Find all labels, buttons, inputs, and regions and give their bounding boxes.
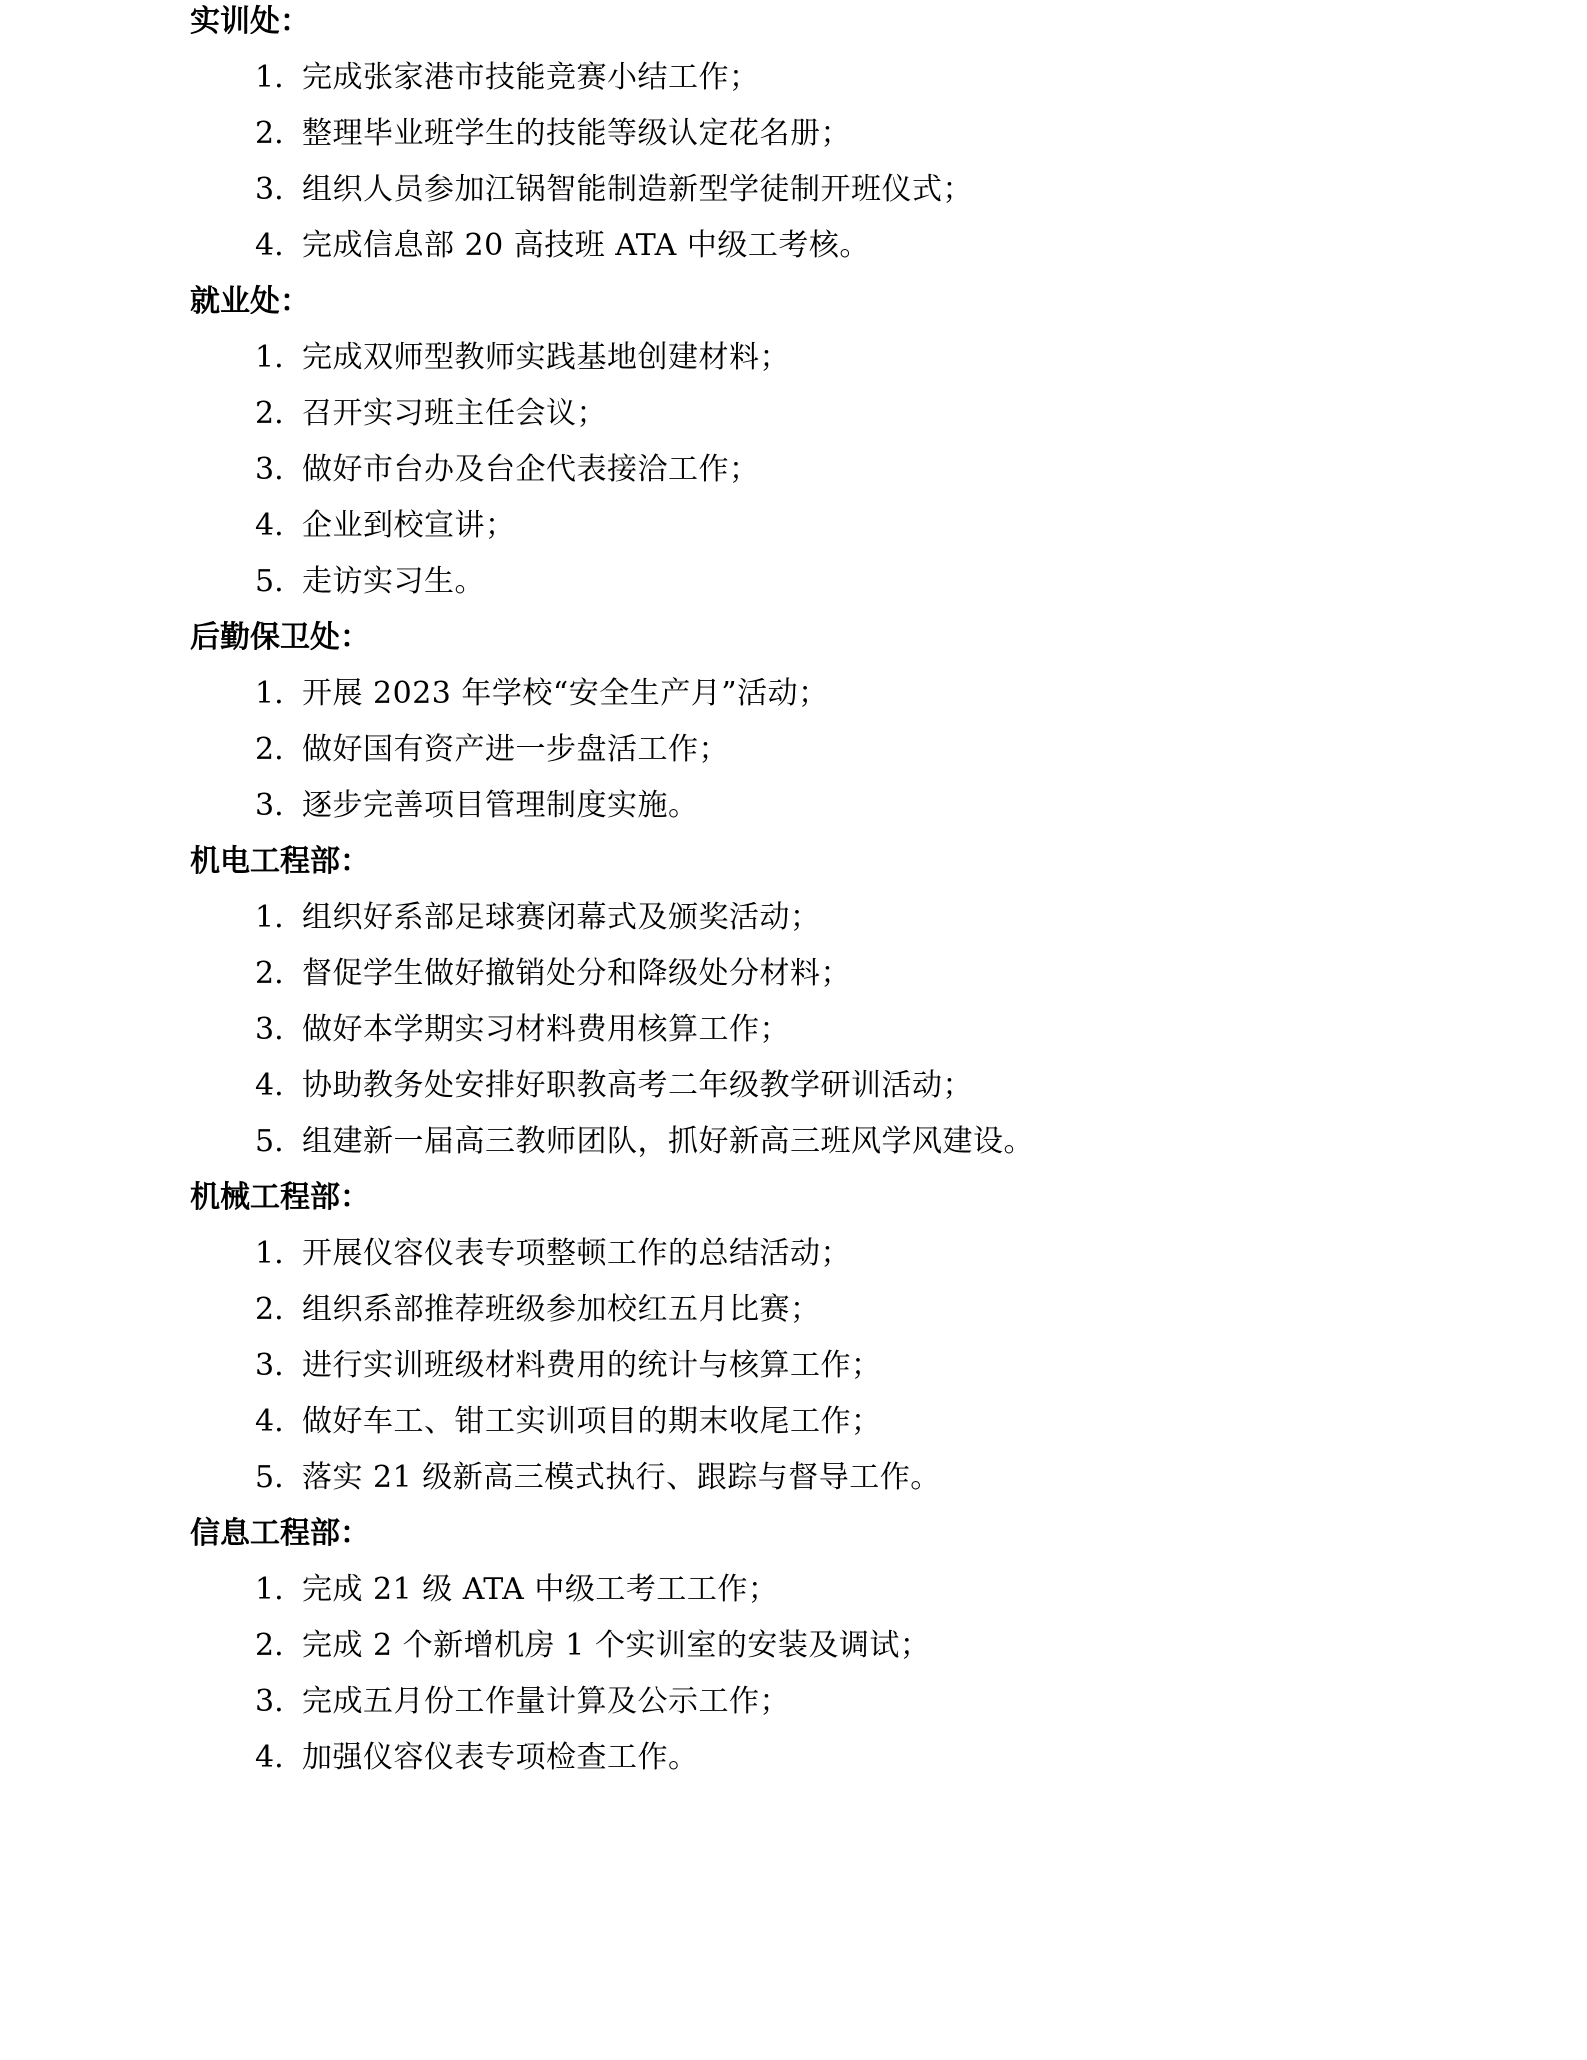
item-number: 2.	[255, 1618, 284, 1674]
list-item: 1. 开展 2023 年学校“安全生产月”活动；	[0, 666, 1587, 722]
item-number: 1.	[255, 666, 284, 722]
item-text: 开展仪容仪表专项整顿工作的总结活动；	[302, 1226, 851, 1282]
task-list: 1. 完成 21 级 ATA 中级工考工工作； 2. 完成 2 个新增机房 1 …	[0, 1562, 1587, 1786]
item-text: 组建新一届高三教师团队，抓好新高三班风学风建设。	[302, 1114, 1034, 1170]
item-number: 5.	[255, 554, 284, 610]
item-text: 完成 2 个新增机房 1 个实训室的安装及调试；	[302, 1618, 930, 1674]
item-text: 完成信息部 20 高技班 ATA 中级工考核。	[302, 218, 870, 274]
list-item: 5. 组建新一届高三教师团队，抓好新高三班风学风建设。	[0, 1114, 1587, 1170]
item-text: 督促学生做好撤销处分和降级处分材料；	[302, 946, 851, 1002]
task-list: 1. 完成张家港市技能竞赛小结工作； 2. 整理毕业班学生的技能等级认定花名册；…	[0, 50, 1587, 274]
list-item: 1. 开展仪容仪表专项整顿工作的总结活动；	[0, 1226, 1587, 1282]
list-item: 2. 督促学生做好撤销处分和降级处分材料；	[0, 946, 1587, 1002]
list-item: 3. 逐步完善项目管理制度实施。	[0, 778, 1587, 834]
list-item: 2. 召开实习班主任会议；	[0, 386, 1587, 442]
list-item: 4. 协助教务处安排好职教高考二年级教学研训活动；	[0, 1058, 1587, 1114]
list-item: 4. 企业到校宣讲；	[0, 498, 1587, 554]
item-text: 完成 21 级 ATA 中级工考工工作；	[302, 1562, 778, 1618]
item-number: 1.	[255, 330, 284, 386]
list-item: 1. 完成 21 级 ATA 中级工考工工作；	[0, 1562, 1587, 1618]
item-text: 完成张家港市技能竞赛小结工作；	[302, 50, 760, 106]
item-text: 做好国有资产进一步盘活工作；	[302, 722, 729, 778]
list-item: 5. 落实 21 级新高三模式执行、跟踪与督导工作。	[0, 1450, 1587, 1506]
item-number: 3.	[255, 1338, 284, 1394]
item-text: 走访实习生。	[302, 554, 485, 610]
item-number: 5.	[255, 1114, 284, 1170]
item-number: 4.	[255, 218, 284, 274]
list-item: 2. 做好国有资产进一步盘活工作；	[0, 722, 1587, 778]
list-item: 1. 完成张家港市技能竞赛小结工作；	[0, 50, 1587, 106]
list-item: 3. 完成五月份工作量计算及公示工作；	[0, 1674, 1587, 1730]
item-text: 做好本学期实习材料费用核算工作；	[302, 1002, 790, 1058]
list-item: 3. 做好本学期实习材料费用核算工作；	[0, 1002, 1587, 1058]
item-text: 完成五月份工作量计算及公示工作；	[302, 1674, 790, 1730]
item-number: 2.	[255, 946, 284, 1002]
list-item: 2. 完成 2 个新增机房 1 个实训室的安装及调试；	[0, 1618, 1587, 1674]
list-item: 1. 完成双师型教师实践基地创建材料；	[0, 330, 1587, 386]
item-text: 企业到校宣讲；	[302, 498, 516, 554]
list-item: 2. 整理毕业班学生的技能等级认定花名册；	[0, 106, 1587, 162]
task-list: 1. 开展仪容仪表专项整顿工作的总结活动； 2. 组织系部推荐班级参加校红五月比…	[0, 1226, 1587, 1506]
item-text: 做好市台办及台企代表接洽工作；	[302, 442, 760, 498]
section-information-dept: 信息工程部： 1. 完成 21 级 ATA 中级工考工工作； 2. 完成 2 个…	[0, 1506, 1587, 1786]
item-number: 5.	[255, 1450, 284, 1506]
section-heading: 机电工程部：	[0, 834, 1587, 890]
section-mechanical-dept: 机械工程部： 1. 开展仪容仪表专项整顿工作的总结活动； 2. 组织系部推荐班级…	[0, 1170, 1587, 1506]
item-text: 完成双师型教师实践基地创建材料；	[302, 330, 790, 386]
item-number: 2.	[255, 106, 284, 162]
item-number: 4.	[255, 1730, 284, 1786]
item-number: 3.	[255, 162, 284, 218]
item-text: 召开实习班主任会议；	[302, 386, 607, 442]
section-heading: 实训处：	[0, 0, 1587, 50]
item-number: 3.	[255, 778, 284, 834]
item-text: 加强仪容仪表专项检查工作。	[302, 1730, 699, 1786]
list-item: 3. 组织人员参加江锅智能制造新型学徒制开班仪式；	[0, 162, 1587, 218]
item-text: 做好车工、钳工实训项目的期末收尾工作；	[302, 1394, 882, 1450]
section-heading: 信息工程部：	[0, 1506, 1587, 1562]
item-number: 3.	[255, 1002, 284, 1058]
section-electromechanical-dept: 机电工程部： 1. 组织好系部足球赛闭幕式及颁奖活动； 2. 督促学生做好撤销处…	[0, 834, 1587, 1170]
item-number: 1.	[255, 890, 284, 946]
item-number: 3.	[255, 1674, 284, 1730]
item-text: 组织人员参加江锅智能制造新型学徒制开班仪式；	[302, 162, 973, 218]
list-item: 1. 组织好系部足球赛闭幕式及颁奖活动；	[0, 890, 1587, 946]
item-number: 1.	[255, 50, 284, 106]
item-number: 2.	[255, 722, 284, 778]
section-heading: 就业处：	[0, 274, 1587, 330]
task-list: 1. 开展 2023 年学校“安全生产月”活动； 2. 做好国有资产进一步盘活工…	[0, 666, 1587, 834]
section-employment-office: 就业处： 1. 完成双师型教师实践基地创建材料； 2. 召开实习班主任会议； 3…	[0, 274, 1587, 610]
item-text: 整理毕业班学生的技能等级认定花名册；	[302, 106, 851, 162]
item-number: 2.	[255, 1282, 284, 1338]
item-number: 4.	[255, 1394, 284, 1450]
item-text: 逐步完善项目管理制度实施。	[302, 778, 699, 834]
item-number: 1.	[255, 1226, 284, 1282]
item-number: 4.	[255, 1058, 284, 1114]
item-number: 3.	[255, 442, 284, 498]
section-logistics-security-office: 后勤保卫处： 1. 开展 2023 年学校“安全生产月”活动； 2. 做好国有资…	[0, 610, 1587, 834]
section-heading: 后勤保卫处：	[0, 610, 1587, 666]
task-list: 1. 组织好系部足球赛闭幕式及颁奖活动； 2. 督促学生做好撤销处分和降级处分材…	[0, 890, 1587, 1170]
list-item: 4. 完成信息部 20 高技班 ATA 中级工考核。	[0, 218, 1587, 274]
list-item: 3. 进行实训班级材料费用的统计与核算工作；	[0, 1338, 1587, 1394]
section-training-office: 实训处： 1. 完成张家港市技能竞赛小结工作； 2. 整理毕业班学生的技能等级认…	[0, 0, 1587, 274]
item-number: 4.	[255, 498, 284, 554]
section-heading: 机械工程部：	[0, 1170, 1587, 1226]
item-number: 2.	[255, 386, 284, 442]
list-item: 2. 组织系部推荐班级参加校红五月比赛；	[0, 1282, 1587, 1338]
task-list: 1. 完成双师型教师实践基地创建材料； 2. 召开实习班主任会议； 3. 做好市…	[0, 330, 1587, 610]
item-text: 落实 21 级新高三模式执行、跟踪与督导工作。	[302, 1450, 941, 1506]
item-text: 组织系部推荐班级参加校红五月比赛；	[302, 1282, 821, 1338]
item-text: 开展 2023 年学校“安全生产月”活动；	[302, 666, 829, 722]
item-text: 组织好系部足球赛闭幕式及颁奖活动；	[302, 890, 821, 946]
document-page: 实训处： 1. 完成张家港市技能竞赛小结工作； 2. 整理毕业班学生的技能等级认…	[0, 0, 1587, 1786]
list-item: 4. 做好车工、钳工实训项目的期末收尾工作；	[0, 1394, 1587, 1450]
item-text: 进行实训班级材料费用的统计与核算工作；	[302, 1338, 882, 1394]
item-text: 协助教务处安排好职教高考二年级教学研训活动；	[302, 1058, 973, 1114]
item-number: 1.	[255, 1562, 284, 1618]
list-item: 4. 加强仪容仪表专项检查工作。	[0, 1730, 1587, 1786]
list-item: 3. 做好市台办及台企代表接洽工作；	[0, 442, 1587, 498]
list-item: 5. 走访实习生。	[0, 554, 1587, 610]
